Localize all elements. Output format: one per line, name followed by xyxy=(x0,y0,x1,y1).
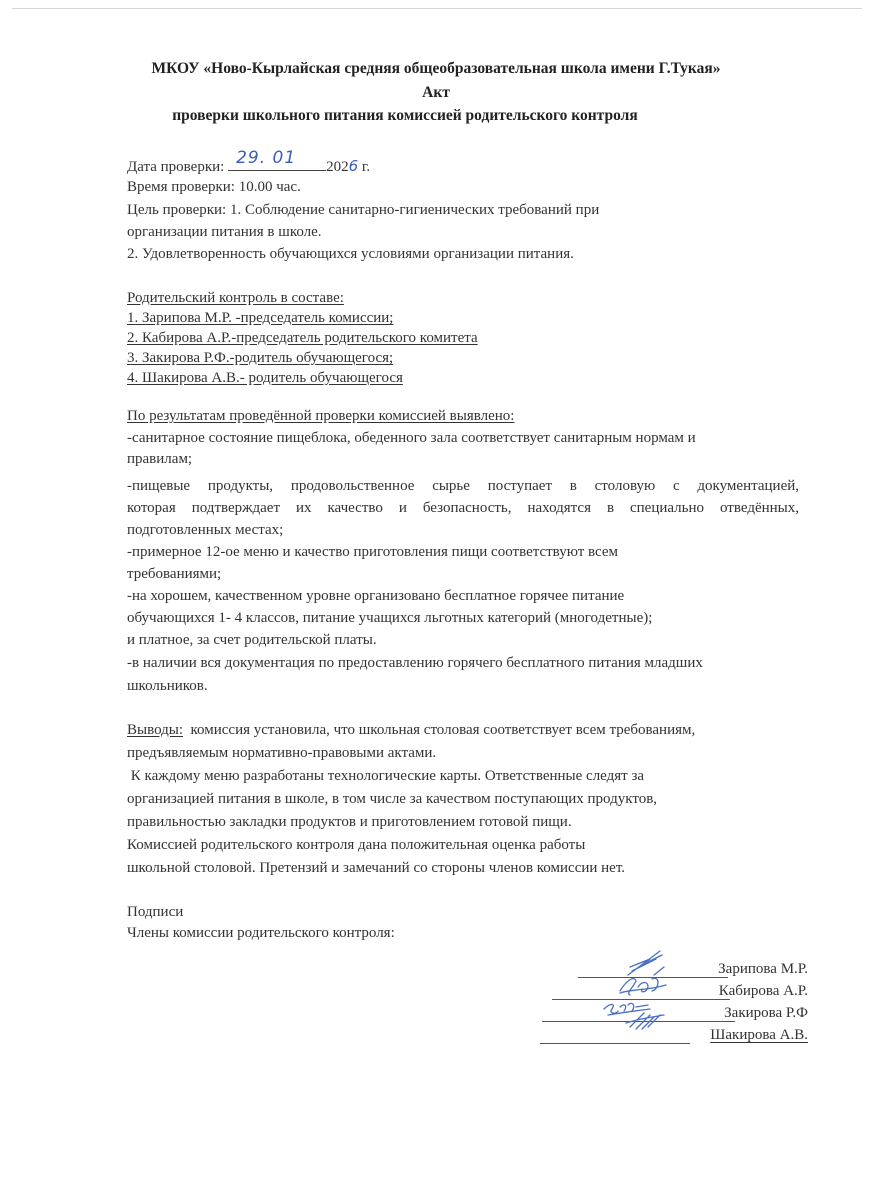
conclusion-line: организацией питания в школе, в том числ… xyxy=(127,789,657,809)
date-handwritten: 29. 01 xyxy=(236,148,296,168)
conclusion-line: Комиссией родительского контроля дана по… xyxy=(127,835,585,855)
signatures-subheading: Члены комиссии родительского контроля: xyxy=(127,923,395,943)
signer-name: Шакирова А.В. xyxy=(710,1027,808,1044)
scan-edge-line xyxy=(12,8,862,9)
handwritten-signatures-icon xyxy=(590,945,700,1040)
finding-line: обучающихся 1- 4 классов, питание учащих… xyxy=(127,608,652,628)
conclusion-line: правильностью закладки продуктов и приго… xyxy=(127,812,572,832)
finding-line: правилам; xyxy=(127,449,192,469)
purpose-line-1: Цель проверки: 1. Соблюдение санитарно-г… xyxy=(127,200,599,220)
conclusions-label: Выводы: xyxy=(127,722,183,738)
conclusion-line: школьной столовой. Претензий и замечаний… xyxy=(127,858,625,878)
signature-line xyxy=(540,1043,690,1044)
year-printed: 202 xyxy=(326,159,349,175)
finding-line: -в наличии вся документация по предостав… xyxy=(127,653,703,673)
signer-name: Закирова Р.Ф xyxy=(724,1005,808,1022)
conclusions-first-line: Выводы: комиссия установила, что школьна… xyxy=(127,720,695,740)
finding-line: школьников. xyxy=(127,676,208,696)
date-label: Дата проверки: xyxy=(127,159,224,175)
committee-member: 2. Кабирова А.Р.-председатель родительск… xyxy=(127,328,478,348)
conclusion-line: К каждому меню разработаны технологическ… xyxy=(127,766,644,786)
year-handwritten-digit: 6 xyxy=(349,157,359,175)
committee-member: 4. Шакирова А.В.- родитель обучающегося xyxy=(127,368,403,388)
document-subtitle: проверки школьного питания комиссией род… xyxy=(0,107,872,125)
committee-member: 3. Закирова Р.Ф.-родитель обучающегося; xyxy=(127,348,393,368)
conclusions-text: комиссия установила, что школьная столов… xyxy=(183,722,695,738)
conclusion-line: предъявляемым нормативно-правовыми актам… xyxy=(127,743,436,763)
purpose-line-2: организации питания в школе. xyxy=(127,222,322,242)
inspection-time: Время проверки: 10.00 час. xyxy=(127,177,301,197)
date-fill-line: 29. 01 xyxy=(228,153,326,171)
committee-member: 1. Зарипова М.Р. -председатель комиссии; xyxy=(127,308,393,328)
committee-heading: Родительский контроль в составе: xyxy=(127,288,344,308)
finding-line: и платное, за счет родительской платы. xyxy=(127,630,377,650)
finding-line: -на хорошем, качественном уровне организ… xyxy=(127,586,624,606)
signer-name: Зарипова М.Р. xyxy=(718,961,808,978)
document-type: Акт xyxy=(0,84,872,102)
purpose-line-3: 2. Удовлетворенность обучающихся условия… xyxy=(127,244,574,264)
year-suffix: г. xyxy=(358,159,370,175)
organization-title: МКОУ «Ново-Кырлайская средняя общеобразо… xyxy=(0,60,872,78)
finding-line: которая подтверждает их качество и безоп… xyxy=(127,498,799,518)
finding-line: -примерное 12-ое меню и качество пригото… xyxy=(127,542,618,562)
finding-line: -пищевые продукты, продовольственное сыр… xyxy=(127,476,799,496)
signatures-heading: Подписи xyxy=(127,902,183,922)
finding-line: подготовленных местах; xyxy=(127,520,283,540)
inspection-date: Дата проверки: 29. 012026 г. xyxy=(127,153,370,177)
finding-line: -санитарное состояние пищеблока, обеденн… xyxy=(127,428,696,448)
finding-line: требованиями; xyxy=(127,564,221,584)
signer-name: Кабирова А.Р. xyxy=(719,983,808,1000)
findings-heading: По результатам проведённой проверки коми… xyxy=(127,406,514,426)
